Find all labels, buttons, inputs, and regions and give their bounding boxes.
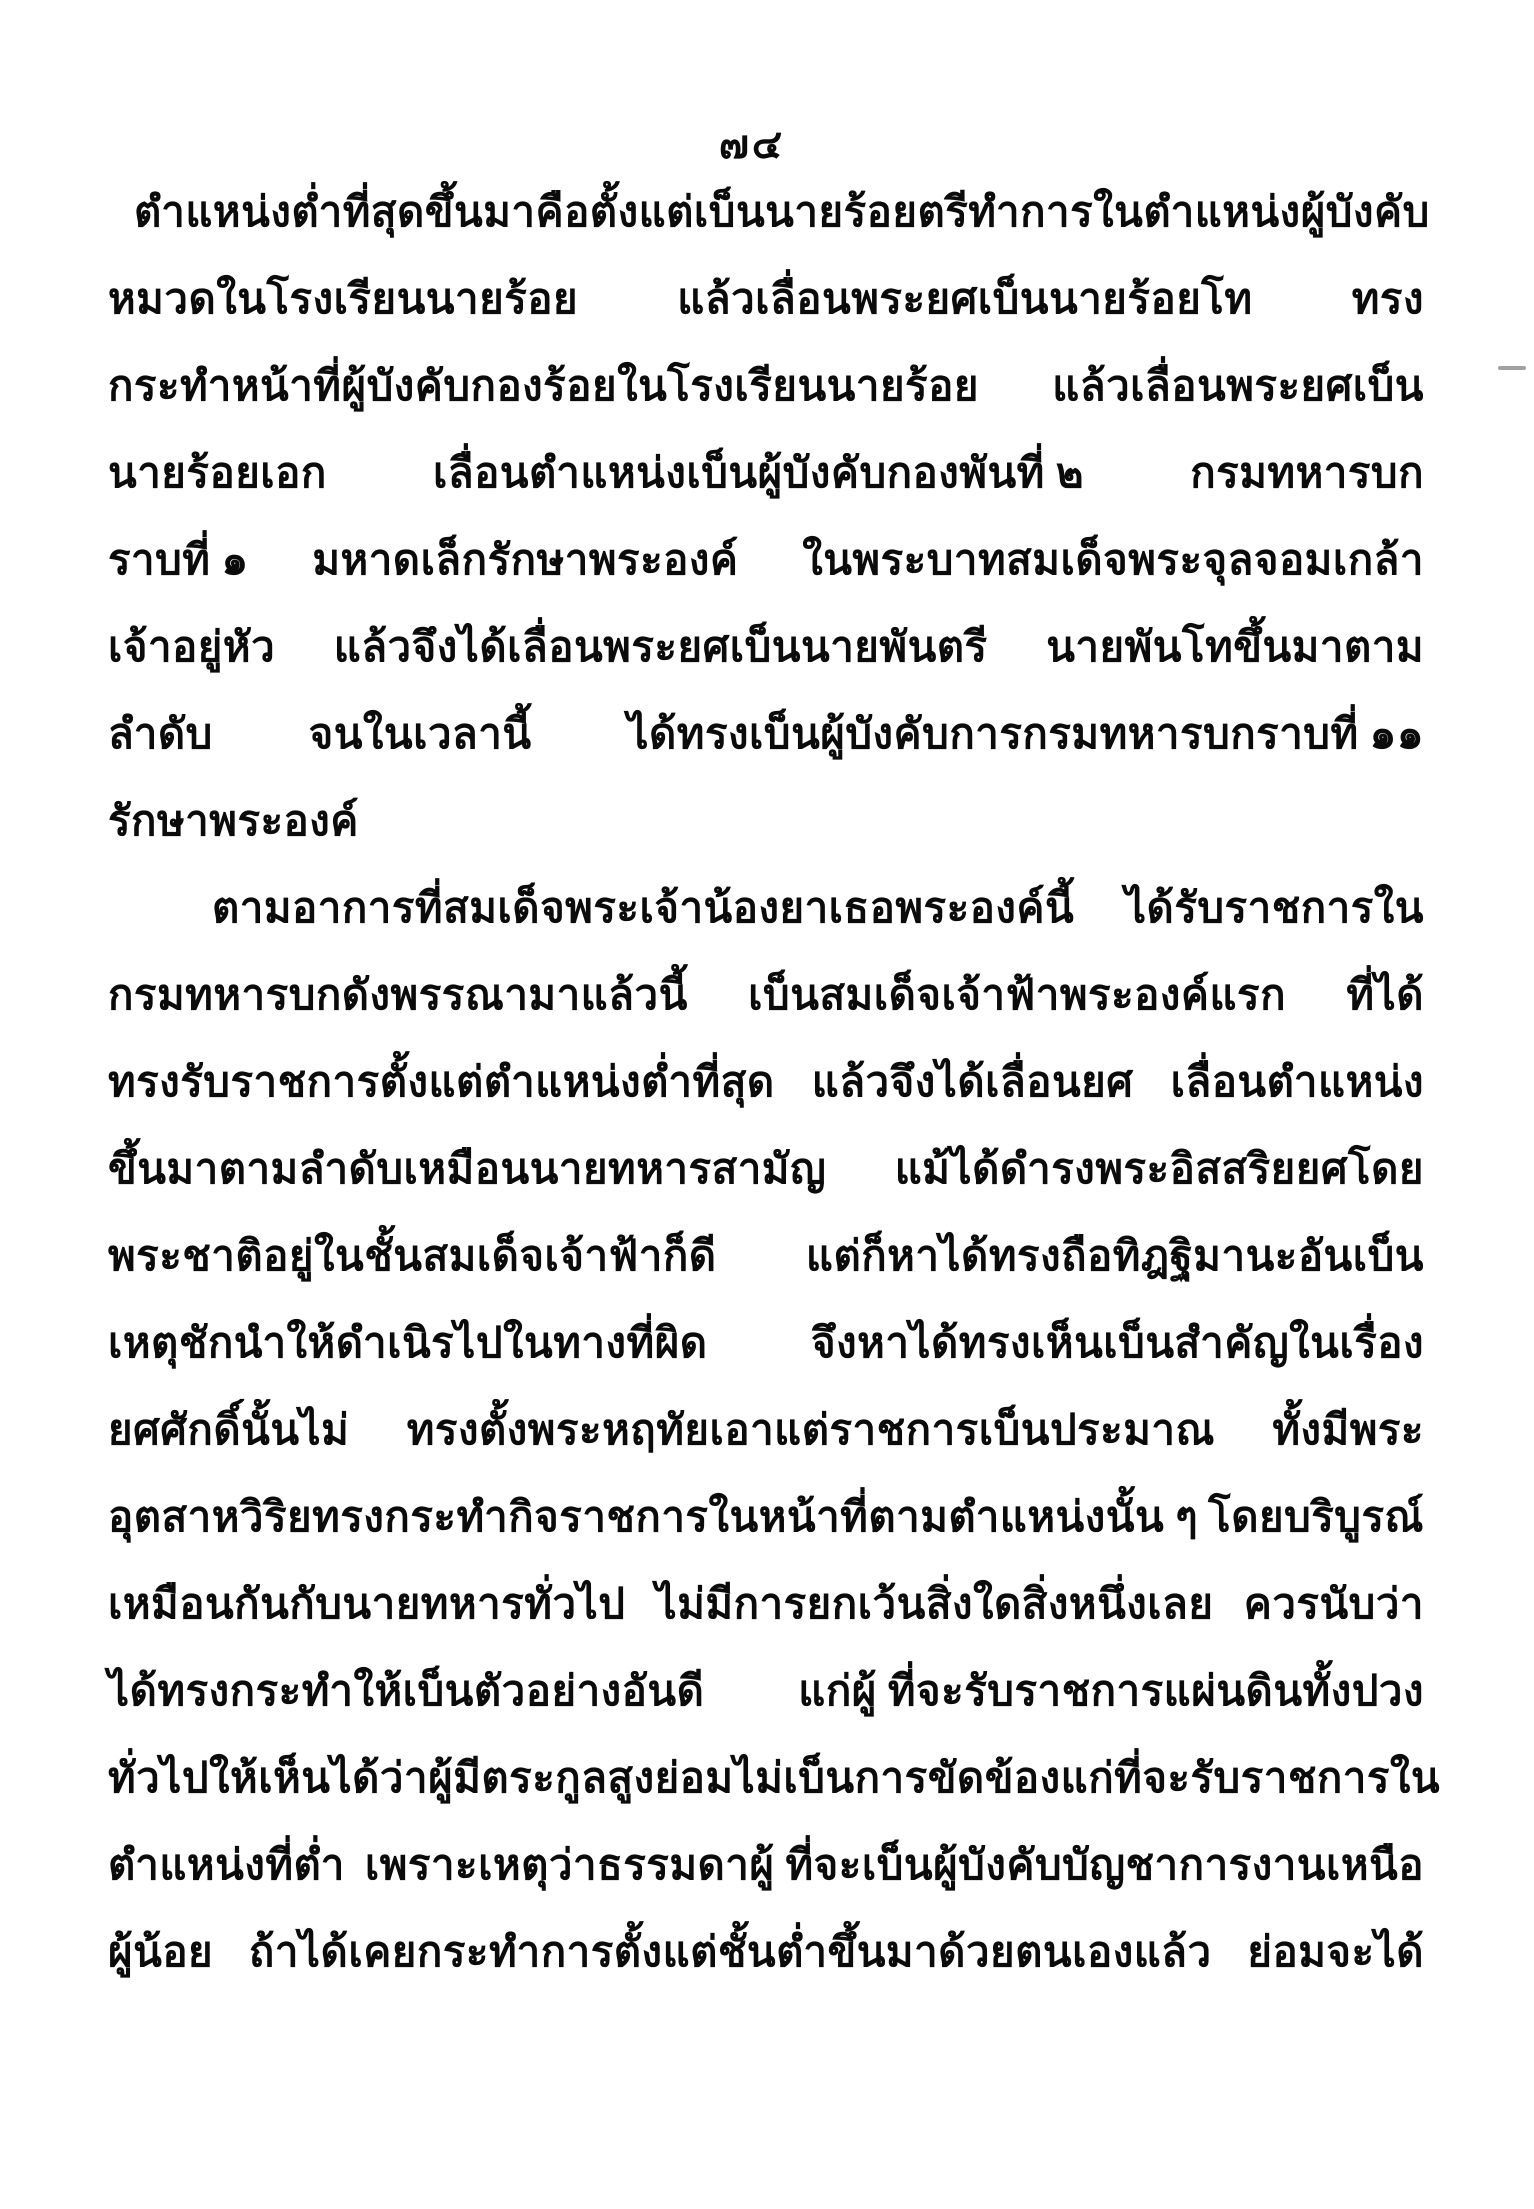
text-line: ทั่วไปให้เห็นได้ว่าผู้มีตระกูลสูงย่อมไม่…	[108, 1736, 1424, 1823]
text-segment: แม้ได้ดำรงพระอิสสริยยศโดย	[895, 1127, 1424, 1214]
text-segment: กระทำหน้าที่ผู้บังคับกองร้อยในโรงเรียนนา…	[108, 344, 979, 431]
text-line: ตำแหน่งต่ำที่สุดขึ้นมาคือตั้งแต่เบ็นนายร…	[108, 170, 1424, 257]
text-segment: ทรง	[1352, 257, 1424, 344]
text-line: เหมือนกันกับนายทหารทั่วไปไม่มีการยกเว้นส…	[108, 1562, 1424, 1649]
scan-artifact-mark	[1498, 366, 1526, 370]
text-line: ขึ้นมาตามลำดับเหมือนนายทหารสามัญแม้ได้ดำ…	[108, 1127, 1424, 1214]
text-segment: ควรนับว่า	[1244, 1562, 1424, 1649]
text-segment: แล้วเลื่อนพระยศเบ็น	[1052, 344, 1424, 431]
page-number: ๗๔	[0, 112, 1504, 176]
text-line: ตำแหน่งที่ต่ำเพราะเหตุว่าธรรมดาผู้ ที่จะ…	[108, 1823, 1424, 1910]
text-segment: อุตสาหวิริยทรงกระทำกิจราชการในหน้าที่ตาม…	[108, 1475, 1198, 1562]
text-segment: คือตั้งแต่เบ็นนายร้อยตรี	[535, 170, 968, 257]
text-segment: ขึ้นมาตามลำดับเหมือนนายทหารสามัญ	[108, 1127, 826, 1214]
text-line: ราบที่ ๑มหาดเล็กรักษาพระองค์ในพระบาทสมเด…	[108, 518, 1424, 605]
text-line: อุตสาหวิริยทรงกระทำกิจราชการในหน้าที่ตาม…	[108, 1475, 1424, 1562]
text-segment: ผู้น้อย	[108, 1910, 213, 1997]
text-segment: ได้ทรงเบ็นผู้บังคับการกรมทหารบกราบที่ ๑๑	[627, 692, 1424, 779]
text-segment: ลำดับ	[108, 692, 213, 779]
text-segment: โดยบริบูรณ์	[1208, 1475, 1424, 1562]
text-line: พระชาติอยู่ในชั้นสมเด็จเจ้าฟ้าก็ดีแต่ก็ห…	[108, 1214, 1424, 1301]
text-segment: แก่ผู้ ที่จะรับราชการแผ่นดินทั้งปวง	[798, 1649, 1424, 1736]
text-segment: กรมทหารบกดังพรรณามาแล้วนี้	[108, 953, 688, 1040]
text-segment: แล้วจึงได้เลื่อนยศ	[812, 1040, 1134, 1127]
text-segment: ย่อมจะได้	[1247, 1910, 1424, 1997]
text-segment: ยศศักดิ์นั้นไม่	[108, 1388, 349, 1475]
text-line: นายร้อยเอกเลื่อนตำแหน่งเบ็นผู้บังคับกองพ…	[108, 431, 1424, 518]
text-line: เหตุชักนำให้ดำเนิรไปในทางที่ผิดจึงหาได้ท…	[108, 1301, 1424, 1388]
document-page: ๗๔ ตำแหน่งต่ำที่สุดขึ้นมาคือตั้งแต่เบ็นน…	[0, 0, 1534, 2209]
text-segment: ราบที่ ๑	[108, 518, 249, 605]
text-line: กรมทหารบกดังพรรณามาแล้วนี้เบ็นสมเด็จเจ้า…	[108, 953, 1424, 1040]
text-segment: ตามอาการที่สมเด็จพระเจ้าน้องยาเธอพระองค์…	[212, 866, 1074, 953]
text-segment: จนในเวลานี้	[309, 692, 532, 779]
text-segment: นายพันโทขึ้นมาตาม	[1046, 605, 1424, 692]
text-segment: ตำแหน่งที่ต่ำ	[108, 1823, 345, 1910]
text-line: รักษาพระองค์	[108, 779, 1424, 866]
text-segment: เบ็นสมเด็จเจ้าฟ้าพระองค์แรก	[748, 953, 1286, 1040]
text-segment: เจ้าอยู่หัว	[108, 605, 275, 692]
text-segment: รักษาพระองค์	[108, 779, 359, 866]
text-segment: กรมทหารบก	[1190, 431, 1424, 518]
text-line: ได้ทรงกระทำให้เบ็นตัวอย่างอันดีแก่ผู้ ที…	[108, 1649, 1424, 1736]
text-segment: แล้วจึงได้เลื่อนพระยศเบ็นนายพันตรี	[334, 605, 988, 692]
text-segment: ตำแหน่งต่ำที่สุดขึ้นมา	[134, 170, 535, 257]
text-segment: ได้ทรงกระทำให้เบ็นตัวอย่างอันดี	[108, 1649, 704, 1736]
text-segment: แต่ก็หาได้ทรงถือทิฎฐิมานะอันเบ็น	[806, 1214, 1424, 1301]
text-line: เจ้าอยู่หัวแล้วจึงได้เลื่อนพระยศเบ็นนายพ…	[108, 605, 1424, 692]
text-block: ตำแหน่งต่ำที่สุดขึ้นมาคือตั้งแต่เบ็นนายร…	[108, 170, 1424, 1997]
text-line: ลำดับจนในเวลานี้ได้ทรงเบ็นผู้บังคับการกร…	[108, 692, 1424, 779]
text-line: ตามอาการที่สมเด็จพระเจ้าน้องยาเธอพระองค์…	[108, 866, 1424, 953]
text-segment: พระชาติอยู่ในชั้นสมเด็จเจ้าฟ้าก็ดี	[108, 1214, 717, 1301]
text-segment: หมวดในโรงเรียนนายร้อย	[108, 257, 578, 344]
text-segment: จึงหาได้ทรงเห็นเบ็นสำคัญในเรื่อง	[811, 1301, 1424, 1388]
text-segment: นายร้อยเอก	[108, 431, 327, 518]
text-segment: ในพระบาทสมเด็จพระจุลจอมเกล้า	[802, 518, 1424, 605]
text-line: กระทำหน้าที่ผู้บังคับกองร้อยในโรงเรียนนา…	[108, 344, 1424, 431]
text-segment: ทรงตั้งพระหฤทัยเอาแต่ราชการเบ็นประมาณ	[407, 1388, 1215, 1475]
text-segment: มหาดเล็กรักษาพระองค์	[312, 518, 738, 605]
text-segment: ทำการในตำแหน่งผู้บังคับ	[968, 170, 1429, 257]
text-line: ยศศักดิ์นั้นไม่ทรงตั้งพระหฤทัยเอาแต่ราชก…	[108, 1388, 1424, 1475]
text-segment: ที่ได้	[1346, 953, 1424, 1040]
text-segment: เลื่อนตำแหน่ง	[1171, 1040, 1424, 1127]
text-segment: ไม่มีการยกเว้นสิ่งใดสิ่งหนึ่งเลย	[656, 1562, 1214, 1649]
text-segment: ทั้งมีพระ	[1272, 1388, 1424, 1475]
text-segment: ทั่วไปให้เห็นได้ว่า	[108, 1736, 428, 1823]
text-segment: ผู้มีตระกูลสูงย่อมไม่เบ็นการขัดข้องแก่ที…	[428, 1736, 1440, 1823]
text-segment: ได้รับราชการใน	[1125, 866, 1424, 953]
text-line: ทรงรับราชการตั้งแต่ตำแหน่งต่ำที่สุดแล้วจ…	[108, 1040, 1424, 1127]
text-segment: เหตุชักนำให้ดำเนิรไปในทางที่ผิด	[108, 1301, 708, 1388]
text-segment: เลื่อนตำแหน่งเบ็นผู้บังคับกองพันที่ ๒	[433, 431, 1084, 518]
text-line: ผู้น้อยถ้าได้เคยกระทำการตั้งแต่ชั้นต่ำขึ…	[108, 1910, 1424, 1997]
text-segment: แล้วเลื่อนพระยศเบ็นนายร้อยโท	[677, 257, 1252, 344]
text-segment: เหมือนกันกับนายทหารทั่วไป	[108, 1562, 625, 1649]
text-segment: ถ้าได้เคยกระทำการตั้งแต่ชั้นต่ำขึ้นมาด้ว…	[249, 1910, 1212, 1997]
text-line: หมวดในโรงเรียนนายร้อยแล้วเลื่อนพระยศเบ็น…	[108, 257, 1424, 344]
text-segment: ทรงรับราชการตั้งแต่ตำแหน่งต่ำที่สุด	[108, 1040, 775, 1127]
text-segment: เพราะเหตุว่าธรรมดาผู้ ที่จะเบ็นผู้บังคับ…	[365, 1823, 1424, 1910]
